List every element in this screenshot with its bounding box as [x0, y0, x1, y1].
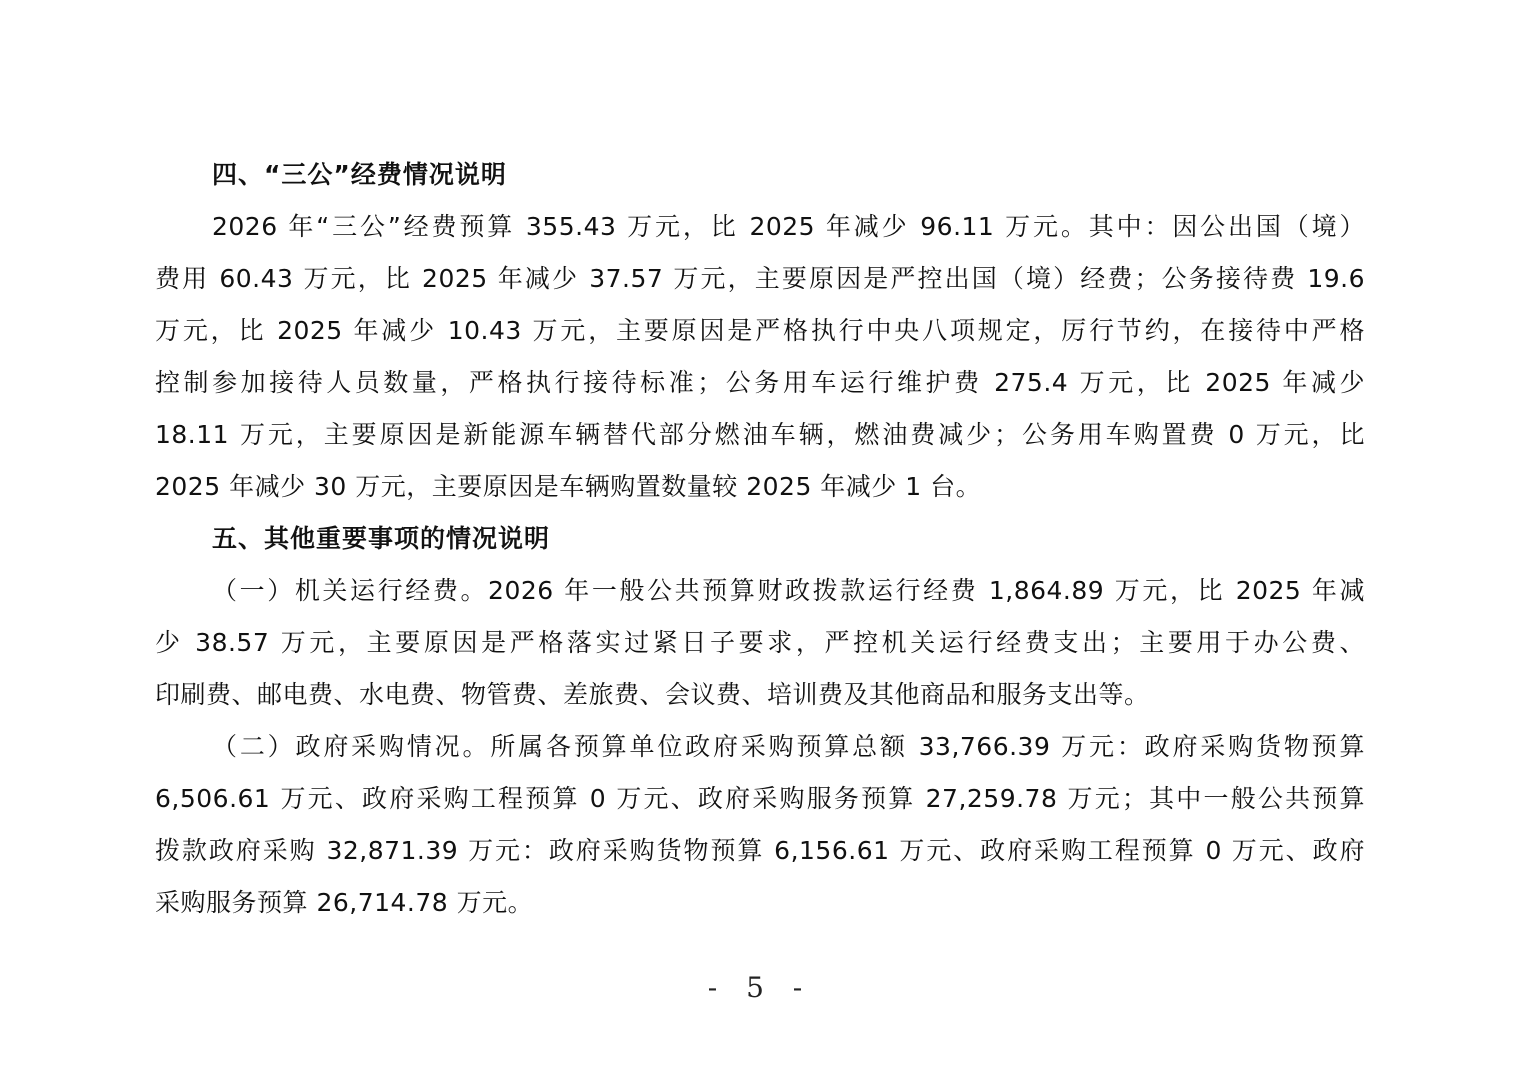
section-heading-other-matters: 五、其他重要事项的情况说明 [212, 519, 550, 559]
section-heading-sanggong: 四、“三公”经费情况说明 [212, 155, 507, 195]
paragraph-line: 2025 年减少 30 万元，主要原因是车辆购置数量较 2025 年减少 1 台… [155, 467, 1365, 507]
document-page: 四、“三公”经费情况说明 2026 年“三公”经费预算 355.43 万元，比 … [0, 0, 1520, 1074]
paragraph-line: 18.11 万元，主要原因是新能源车辆替代部分燃油车辆，燃油费减少；公务用车购置… [155, 415, 1365, 455]
paragraph-line: 6,506.61 万元、政府采购工程预算 0 万元、政府采购服务预算 27,25… [155, 779, 1365, 819]
paragraph-line: （二）政府采购情况。所属各预算单位政府采购预算总额 33,766.39 万元：政… [212, 727, 1365, 767]
paragraph-line: 少 38.57 万元，主要原因是严格落实过紧日子要求，严控机关运行经费支出；主要… [155, 623, 1365, 663]
paragraph-line: 2026 年“三公”经费预算 355.43 万元，比 2025 年减少 96.1… [212, 207, 1365, 247]
paragraph-line: 万元，比 2025 年减少 10.43 万元，主要原因是严格执行中央八项规定，厉… [155, 311, 1365, 351]
paragraph-line: 拨款政府采购 32,871.39 万元：政府采购货物预算 6,156.61 万元… [155, 831, 1365, 871]
paragraph-line: （一）机关运行经费。2026 年一般公共预算财政拨款运行经费 1,864.89 … [212, 571, 1365, 611]
paragraph-line: 费用 60.43 万元，比 2025 年减少 37.57 万元，主要原因是严控出… [155, 259, 1365, 299]
paragraph-line: 控制参加接待人员数量，严格执行接待标准；公务用车运行维护费 275.4 万元，比… [155, 363, 1365, 403]
paragraph-line: 印刷费、邮电费、水电费、物管费、差旅费、会议费、培训费及其他商品和服务支出等。 [155, 675, 1365, 715]
page-number: - 5 - [0, 968, 1520, 1008]
paragraph-line: 采购服务预算 26,714.78 万元。 [155, 883, 1365, 923]
